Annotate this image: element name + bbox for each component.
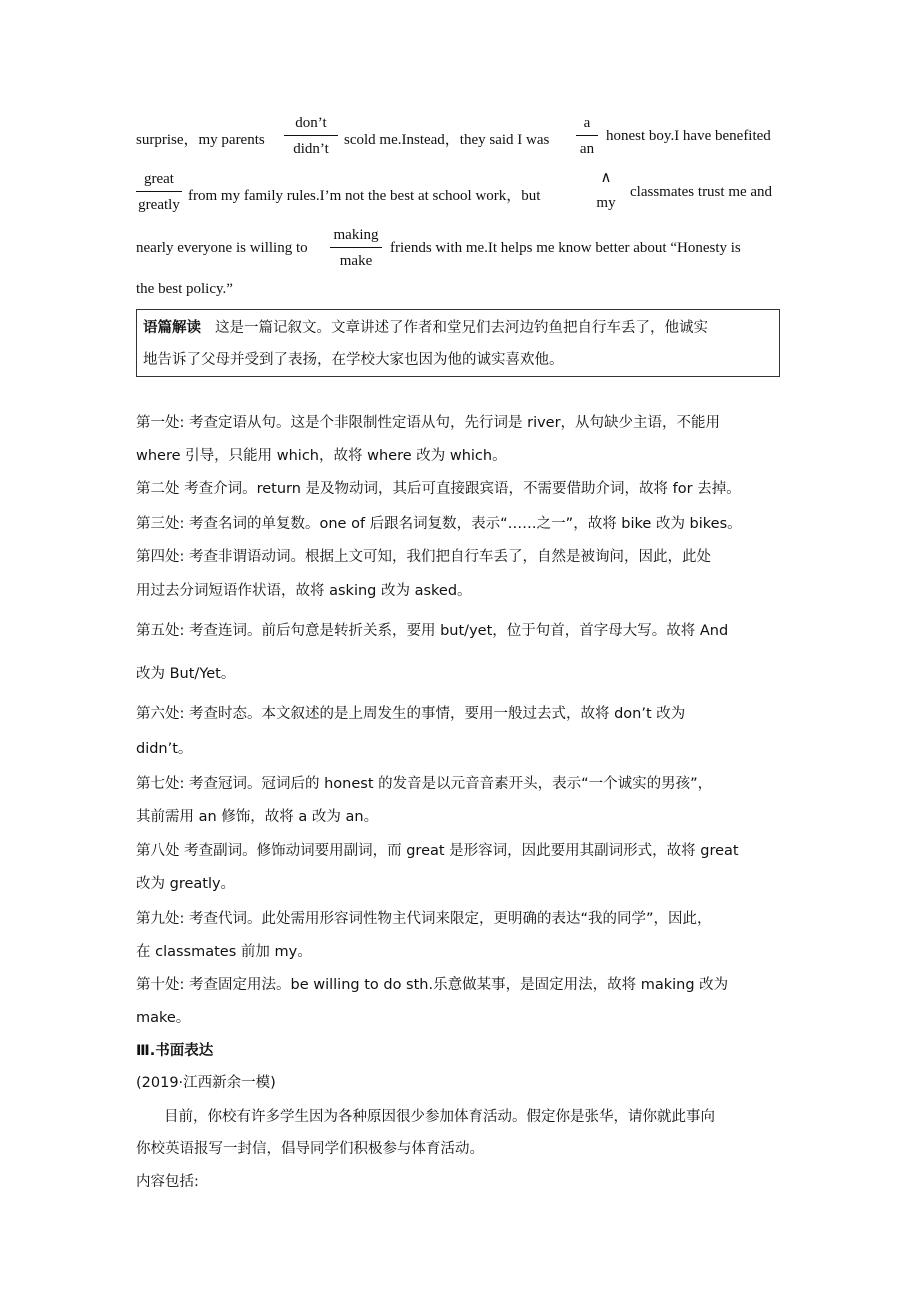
analysis-item-1-line-2: where 引导，只能用 which，故将 where 改为 which。 <box>136 444 784 465</box>
passage-text: classmates trust me and <box>630 184 772 201</box>
analysis-item-6-line-1: 第六处: 考查时态。本文叙述的是上周发生的事情，要用一般过去式，故将 don’t… <box>136 702 784 723</box>
caret-icon: ∧ <box>594 168 618 188</box>
prompt-line-2: 你校英语报写一封信，倡导同学们积极参与体育活动。 <box>136 1137 484 1158</box>
correction-mark: making make <box>330 226 382 270</box>
original-word: great <box>136 170 182 188</box>
analysis-item-2: 第二处 考查介词。return 是及物动词，其后可直接跟宾语，不需要借助介词，故… <box>136 477 784 498</box>
strike-bar <box>136 191 182 192</box>
analysis-item-4-line-2: 用过去分词短语作状语，故将 asking 改为 asked。 <box>136 579 784 600</box>
correction-mark: don’t didn’t <box>284 114 338 158</box>
analysis-item-7-line-1: 第七处: 考查冠词。冠词后的 honest 的发音是以元音音素开头，表示“一个诚… <box>136 772 784 793</box>
corrected-word: greatly <box>136 196 182 214</box>
strike-bar <box>284 135 338 136</box>
analysis-item-10-line-2: make。 <box>136 1006 784 1027</box>
summary-box: 语篇解读这是一篇记叙文。文章讲述了作者和堂兄们去河边钓鱼把自行车丢了，他诚实 地… <box>136 309 780 377</box>
content-label: 内容包括: <box>136 1170 199 1191</box>
analysis-item-6-line-2: didn’t。 <box>136 737 784 758</box>
passage-text: friends with me.It helps me know better … <box>390 240 741 257</box>
corrected-word: make <box>330 252 382 270</box>
strike-bar <box>330 247 382 248</box>
passage-text: nearly everyone is willing to <box>136 240 308 257</box>
strike-bar <box>576 135 598 136</box>
section-heading: Ⅲ.书面表达 <box>136 1039 213 1060</box>
summary-label: 语篇解读 <box>143 320 201 336</box>
analysis-item-9-line-1: 第九处: 考查代词。此处需用形容词性物主代词来限定，更明确的表达“我的同学”，因… <box>136 907 784 928</box>
analysis-item-1-line-1: 第一处: 考查定语从句。这是个非限制性定语从句，先行词是 river，从句缺少主… <box>136 411 784 432</box>
summary-line-1: 语篇解读这是一篇记叙文。文章讲述了作者和堂兄们去河边钓鱼把自行车丢了，他诚实 <box>143 312 773 344</box>
corrected-word: an <box>576 140 598 158</box>
passage-text: surprise，my parents <box>136 128 265 149</box>
analysis-item-8-line-1: 第八处 考查副词。修饰动词要用副词，而 great 是形容词，因此要用其副词形式… <box>136 839 784 860</box>
correction-mark: a an <box>576 114 598 158</box>
summary-line-2: 地告诉了父母并受到了表扬，在学校大家也因为他的诚实喜欢他。 <box>143 344 773 376</box>
insertion-mark: ∧ my <box>594 168 618 212</box>
analysis-item-9-line-2: 在 classmates 前加 my。 <box>136 940 784 961</box>
analysis-item-5-line-2: 改为 But/Yet。 <box>136 662 784 683</box>
analysis-item-3: 第三处: 考查名词的单复数。one of 后跟名词复数，表示“……之一”，故将 … <box>136 512 784 533</box>
analysis-item-4-line-1: 第四处: 考查非谓语动词。根据上文可知，我们把自行车丢了，自然是被询问，因此，此… <box>136 545 784 566</box>
corrected-word: didn’t <box>284 140 338 158</box>
original-word: a <box>576 114 598 132</box>
prompt-line-1: 目前，你校有许多学生因为各种原因很少参加体育活动。假定你是张华，请你就此事向 <box>164 1105 715 1126</box>
passage-text: honest boy.I have benefited <box>606 128 771 145</box>
original-word: making <box>330 226 382 244</box>
original-word: don’t <box>284 114 338 132</box>
summary-text: 这是一篇记叙文。文章讲述了作者和堂兄们去河边钓鱼把自行车丢了，他诚实 <box>215 320 708 336</box>
passage-text: scold me.Instead，they said I was <box>344 128 549 149</box>
correction-mark: great greatly <box>136 170 182 214</box>
analysis-item-8-line-2: 改为 greatly。 <box>136 872 784 893</box>
analysis-item-7-line-2: 其前需用 an 修饰，故将 a 改为 an。 <box>136 805 784 826</box>
section-source: (2019·江西新余一模) <box>136 1071 276 1092</box>
passage-text: the best policy.” <box>136 281 233 298</box>
analysis-item-5-line-1: 第五处: 考查连词。前后句意是转折关系，要用 but/yet，位于句首，首字母大… <box>136 619 784 640</box>
analysis-item-10-line-1: 第十处: 考查固定用法。be willing to do sth.乐意做某事，是… <box>136 973 784 994</box>
passage-text: from my family rules.I’m not the best at… <box>188 184 540 205</box>
inserted-word: my <box>594 194 618 212</box>
